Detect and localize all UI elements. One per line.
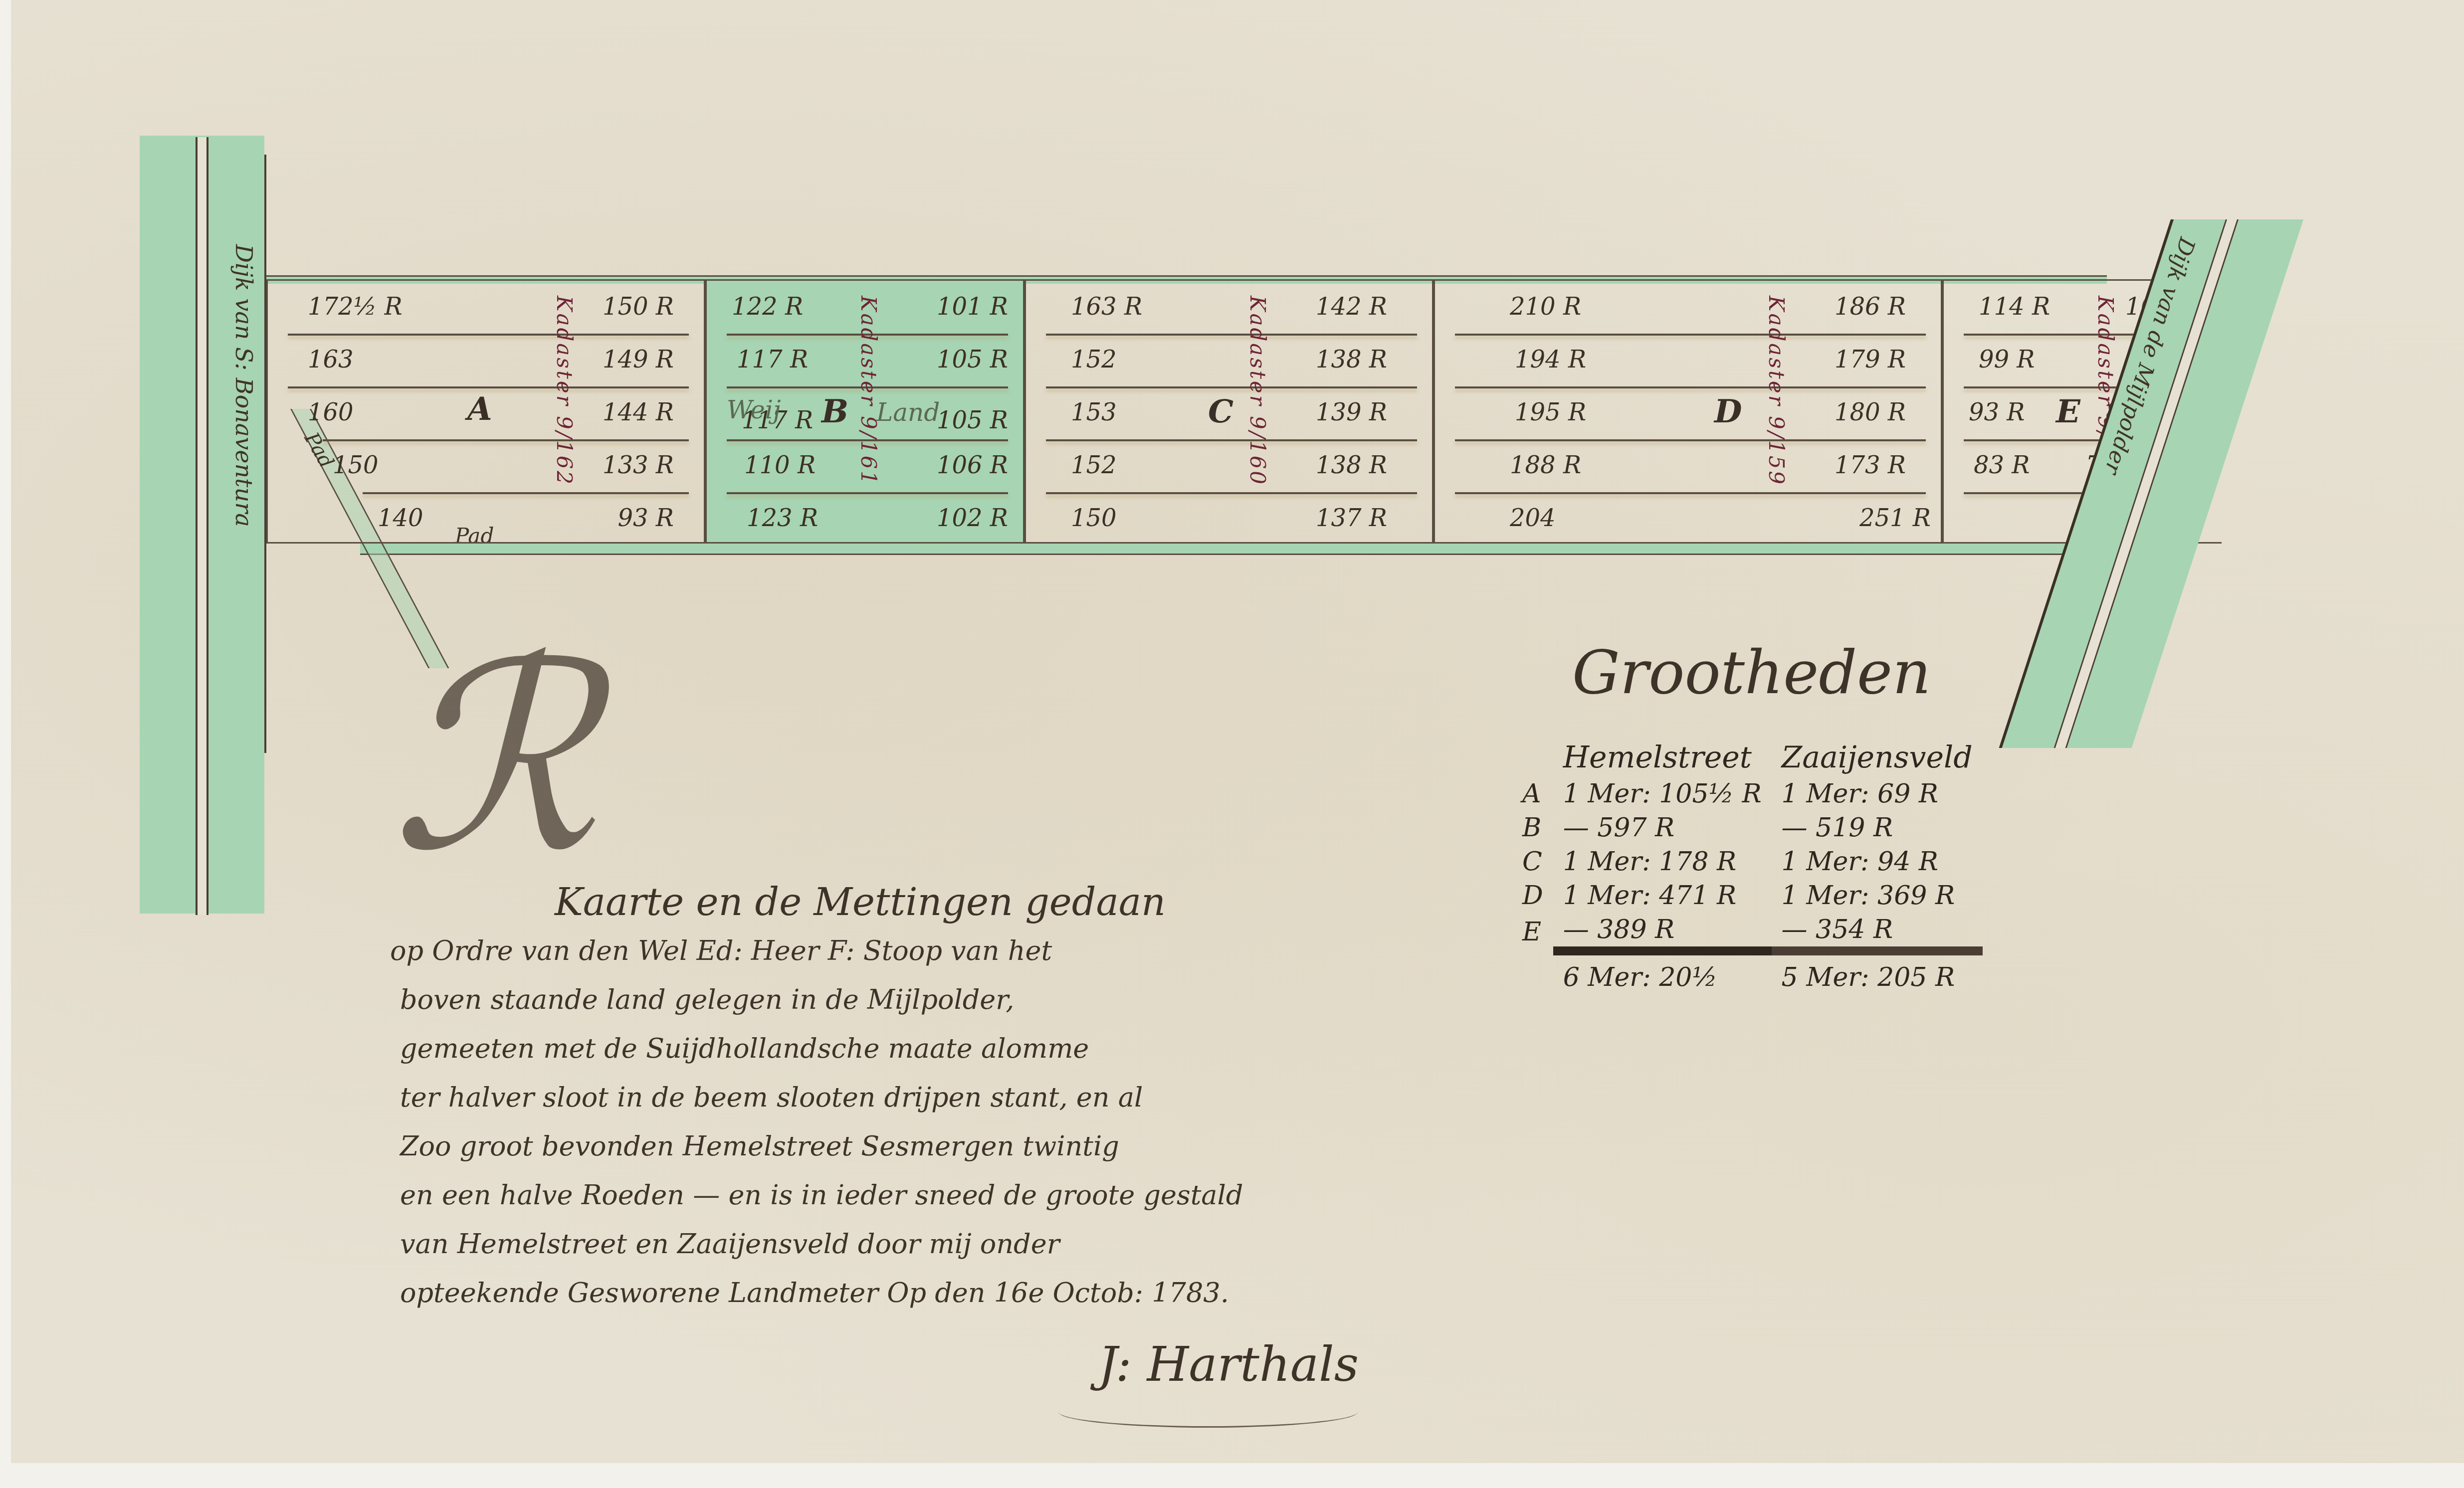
parcel-a-left-2: 163 — [308, 346, 354, 373]
row-h: 1 Mer: 471 R — [1553, 879, 1772, 913]
bottom-ditch — [360, 544, 2096, 555]
parcel-b-right-1: 101 R — [937, 293, 1008, 321]
row-z: 1 Mer: 369 R — [1772, 879, 1983, 913]
row-z: — 354 R — [1772, 913, 1983, 951]
row-letter: D — [1512, 879, 1553, 913]
parcel-a: 172½ R150 R 163149 R 160144 R 150133 R 1… — [266, 279, 705, 544]
parcel-d-right-5: 251 R — [1859, 504, 1931, 532]
parcel-c-left-3: 153 — [1071, 398, 1117, 426]
table-row: E— 389 R— 354 R — [1512, 913, 1983, 951]
total-hemelstreet: 6 Mer: 20½ — [1553, 951, 1772, 994]
parcel-b-letter: B — [821, 393, 848, 430]
parcel-d-left-3: 195 R — [1515, 398, 1586, 426]
left-dike-ditch — [196, 137, 208, 915]
row-h: — 597 R — [1553, 811, 1772, 845]
parcel-d-left-1: 210 R — [1510, 293, 1581, 321]
parcel-b-left-4: 110 R — [744, 451, 816, 479]
parcel-a-right-1: 150 R — [603, 293, 674, 321]
parcel-d: 210 R186 R 194 R179 R 195 R180 R 188 R17… — [1434, 279, 1942, 544]
parcel-e-letter: E — [2056, 393, 2080, 430]
parcel-e-left-1: 114 R — [1979, 293, 2050, 321]
parcel-c: 163 R142 R 152138 R 153139 R 152138 R 15… — [1025, 279, 1434, 544]
parcel-b-kadaster: Kadaster 9/161 — [856, 296, 881, 486]
row-h: 1 Mer: 105½ R — [1553, 777, 1772, 811]
row-letter: B — [1512, 811, 1553, 845]
parcel-c-left-4: 152 — [1071, 451, 1117, 479]
table-row: D1 Mer: 471 R1 Mer: 369 R — [1512, 879, 1983, 913]
parcel-a-right-5: 93 R — [618, 504, 674, 532]
survey-line-6: en een halve Roeden — en is in ieder sne… — [390, 1171, 1462, 1220]
parcel-a-letter: A — [467, 390, 492, 428]
parcel-d-right-1: 186 R — [1835, 293, 1906, 321]
parcel-a-left-3: 160 — [308, 398, 354, 426]
parcel-d-right-3: 180 R — [1835, 398, 1906, 426]
survey-line-4: ter halver sloot in de beem slooten drij… — [390, 1073, 1462, 1122]
survey-text: Kaarte en de Mettingen gedaan op Ordre v… — [390, 878, 1462, 1317]
parcel-d-left-2: 194 R — [1515, 346, 1586, 373]
parcel-a-right-4: 133 R — [603, 451, 674, 479]
parcel-a-right-3: 144 R — [603, 398, 674, 426]
col-hemelstreet: Hemelstreet — [1553, 738, 1772, 777]
parcel-c-left-1: 163 R — [1071, 293, 1142, 321]
parcel-a-left-4: 150 — [333, 451, 379, 479]
grootheden-title: Grootheden — [1572, 638, 1931, 708]
parcel-c-right-4: 138 R — [1316, 451, 1387, 479]
survey-line-7: van Hemelstreet en Zaaijensveld door mij… — [390, 1220, 1462, 1269]
parcel-b-weij-label: Weij — [727, 395, 781, 424]
manuscript-paper: Dijk van S: Bonaventura Pad Pad 172½ R15… — [11, 0, 2464, 1463]
parcel-d-kadaster: Kadaster 9/159 — [1764, 296, 1789, 486]
table-row: C1 Mer: 178 R1 Mer: 94 R — [1512, 845, 1983, 879]
row-z: 1 Mer: 69 R — [1772, 777, 1983, 811]
table-row: B— 597 R— 519 R — [1512, 811, 1983, 845]
parcel-d-right-4: 173 R — [1835, 451, 1906, 479]
table-row: A1 Mer: 105½ R1 Mer: 69 R — [1512, 777, 1983, 811]
parcel-b-left-1: 122 R — [732, 293, 803, 321]
survey-line-8: opteekende Gesworene Landmeter Op den 16… — [390, 1269, 1462, 1317]
parcel-c-left-2: 152 — [1071, 346, 1117, 373]
parcel-b-right-3: 105 R — [937, 406, 1008, 434]
parcel-c-right-3: 139 R — [1316, 398, 1387, 426]
left-dike-label: Dijk van S: Bonaventura — [230, 244, 257, 527]
survey-line-2: boven staande land gelegen in de Mijlpol… — [390, 975, 1462, 1024]
row-z: — 519 R — [1772, 811, 1983, 845]
row-h: — 389 R — [1553, 913, 1772, 951]
row-letter: E — [1512, 913, 1553, 951]
row-h: 1 Mer: 178 R — [1553, 845, 1772, 879]
parcel-c-kadaster: Kadaster 9/160 — [1245, 296, 1270, 486]
flourish-initial: ℛ — [390, 628, 597, 888]
surveyor-signature: J: Harthals — [1098, 1336, 1359, 1392]
row-z: 1 Mer: 94 R — [1772, 845, 1983, 879]
parcel-d-left-5: 204 — [1510, 504, 1556, 532]
survey-line-5: Zoo groot bevonden Hemelstreet Sesmergen… — [390, 1122, 1462, 1171]
row-letter: C — [1512, 845, 1553, 879]
parcel-a-right-2: 149 R — [603, 346, 674, 373]
parcel-d-right-2: 179 R — [1835, 346, 1906, 373]
parcel-a-left-5: 140 — [378, 504, 423, 532]
signature-flourish — [1058, 1396, 1358, 1428]
parcel-b-left-5: 123 R — [747, 504, 818, 532]
parcel-e-left-3: 93 R — [1969, 398, 2025, 426]
parcel-b-right-4: 106 R — [937, 451, 1008, 479]
parcel-b: 122 R101 R 117 R105 R 117 R105 R 110 R10… — [705, 279, 1025, 544]
parcel-c-right-2: 138 R — [1316, 346, 1387, 373]
parcel-b-right-5: 102 R — [937, 504, 1008, 532]
parcel-a-left-1: 172½ R — [308, 293, 403, 321]
parcel-b-right-2: 105 R — [937, 346, 1008, 373]
parcel-c-right-1: 142 R — [1316, 293, 1387, 321]
col-zaaijensveld: Zaaijensveld — [1772, 738, 1983, 777]
survey-line-1: op Ordre van den Wel Ed: Heer F: Stoop v… — [390, 927, 1462, 975]
parcel-b-land-label: Land — [876, 398, 940, 427]
row-letter: A — [1512, 777, 1553, 811]
parcel-e-left-4: 83 R — [1974, 451, 2030, 479]
parcel-c-right-5: 137 R — [1316, 504, 1387, 532]
total-zaaijensveld: 5 Mer: 205 R — [1772, 951, 1983, 994]
parcel-a-kadaster: Kadaster 9/162 — [552, 296, 577, 486]
parcel-d-left-4: 188 R — [1510, 451, 1581, 479]
parcel-e-left-2: 99 R — [1979, 346, 2035, 373]
parcel-d-letter: D — [1714, 393, 1742, 430]
parcel-c-letter: C — [1208, 393, 1233, 430]
parcel-b-left-2: 117 R — [737, 346, 808, 373]
parcel-c-left-5: 150 — [1071, 504, 1117, 532]
survey-line-3: gemeeten met de Suijdhollandsche maate a… — [390, 1024, 1462, 1073]
survey-heading: Kaarte en de Mettingen gedaan — [390, 878, 1462, 927]
grootheden-table: Hemelstreet Zaaijensveld A1 Mer: 105½ R1… — [1512, 738, 1983, 994]
